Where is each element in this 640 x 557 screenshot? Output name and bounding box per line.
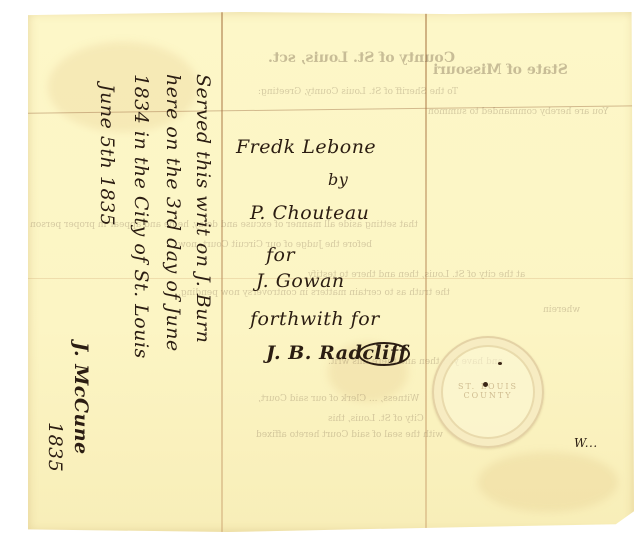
bleed-county-heading: County of St. Louis, sct. [268,50,455,66]
margin-note: W... [574,436,598,450]
fold-line-left [221,12,223,532]
bleed-sheriff-line: To the Sheriff of St. Louis County, Gree… [258,87,458,97]
handwritten-return-date: June 5th 1835 [96,84,118,226]
handwritten-year: 1835 [44,422,66,472]
handwritten-name-gowan: J. Gowan [256,270,345,292]
handwritten-date-line: here on the 3rd day of June [162,74,184,352]
handwritten-forthwith: forthwith for [250,308,380,330]
handwritten-for-1: for [266,244,295,266]
ink-spot [483,382,488,387]
bleed-seal-line: with the seal of said Court hereto affix… [256,430,443,440]
bleed-line-5: wherein [543,305,580,315]
handwritten-place-line: 1834 in the City of St. Louis [130,74,152,359]
handwritten-served-line: Served this writ on J. Burn [192,74,214,343]
bleed-state-heading: State of Missouri [433,62,568,78]
age-stain [478,452,618,512]
signature-flourish [358,342,410,366]
seal-text: ST. LOUIS COUNTY [434,382,542,400]
bleed-witness-line: Witness, ... Clerk of our said Court, [258,394,419,404]
handwritten-officer-signature: J. McCune [70,342,92,455]
handwritten-name-chouteau: P. Chouteau [250,202,369,224]
bleed-city-line: City of St. Louis, this [328,414,424,424]
ink-spot [498,362,502,365]
handwritten-by: by [328,170,348,189]
bleed-command-line: You are hereby commanded to summon [428,107,609,117]
embossed-seal: ST. LOUIS COUNTY [432,336,544,448]
handwritten-name-lebone: Fredk Lebone [236,136,376,158]
document-sheet: County of St. Louis, sct. State of Misso… [28,12,634,532]
